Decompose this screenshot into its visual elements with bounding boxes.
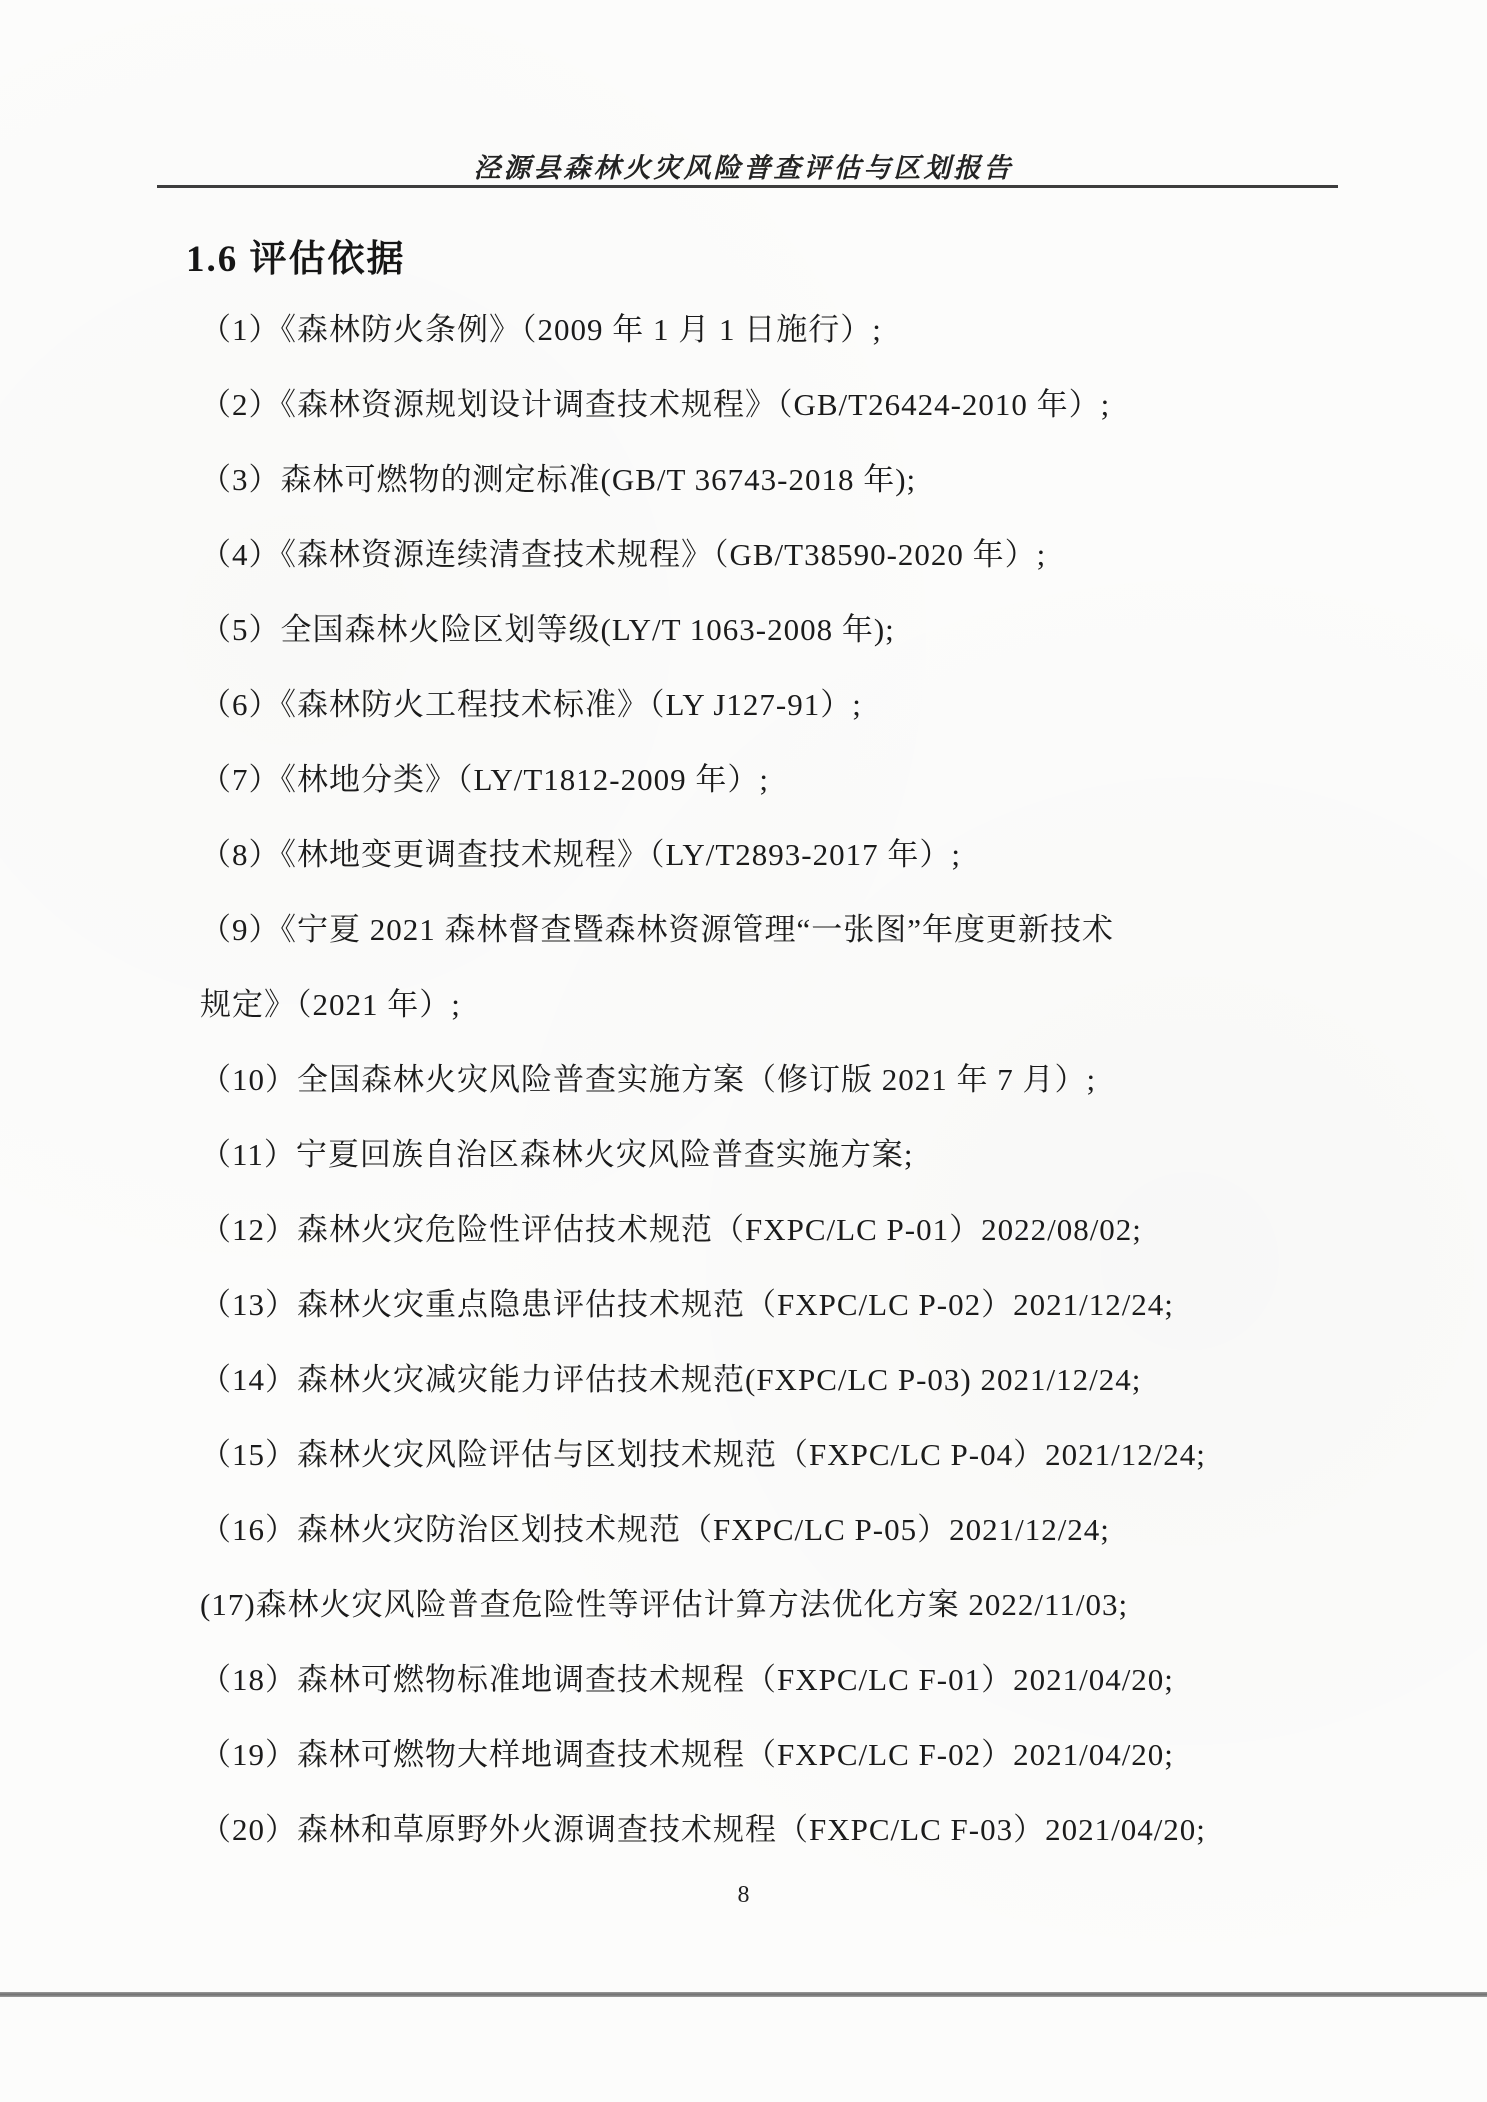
- list-line: （5）全国森林火险区划等级(LY/T 1063-2008 年);: [200, 592, 1350, 667]
- list-line: （3）森林可燃物的测定标准(GB/T 36743-2018 年);: [200, 442, 1350, 517]
- list-line: （1）《森林防火条例》（2009 年 1 月 1 日施行）;: [200, 292, 1350, 367]
- list-line: （11）宁夏回族自治区森林火灾风险普查实施方案;: [200, 1117, 1350, 1192]
- list-line: （6）《森林防火工程技术标准》（LY J127-91）;: [200, 667, 1350, 742]
- list-line: （16）森林火灾防治区划技术规范（FXPC/LC P-05）2021/12/24…: [200, 1492, 1350, 1567]
- page-header-title: 泾源县森林火灾风险普查评估与区划报告: [0, 146, 1487, 185]
- section-title: 1.6 评估依据: [186, 228, 406, 282]
- bottom-scan-edge: [0, 1992, 1487, 1997]
- list-line: （4）《森林资源连续清查技术规程》（GB/T38590-2020 年）;: [200, 517, 1350, 592]
- list-line: （2）《森林资源规划设计调查技术规程》（GB/T26424-2010 年）;: [200, 367, 1350, 442]
- list-line: （15）森林火灾风险评估与区划技术规范（FXPC/LC P-04）2021/12…: [200, 1417, 1350, 1492]
- list-line: （20）森林和草原野外火源调查技术规程（FXPC/LC F-03）2021/04…: [200, 1792, 1350, 1867]
- reference-list: （1）《森林防火条例》（2009 年 1 月 1 日施行）; （2）《森林资源规…: [200, 292, 1350, 1867]
- list-line: （18）森林可燃物标准地调查技术规程（FXPC/LC F-01）2021/04/…: [200, 1642, 1350, 1717]
- document-page: 泾源县森林火灾风险普查评估与区划报告 1.6 评估依据 （1）《森林防火条例》（…: [0, 0, 1487, 2102]
- list-line: （8）《林地变更调查技术规程》（LY/T2893-2017 年）;: [200, 817, 1350, 892]
- list-line: (17)森林火灾风险普查危险性等评估计算方法优化方案 2022/11/03;: [200, 1567, 1350, 1642]
- list-line: （13）森林火灾重点隐患评估技术规范（FXPC/LC P-02）2021/12/…: [200, 1267, 1350, 1342]
- list-line: （14）森林火灾减灾能力评估技术规范(FXPC/LC P-03) 2021/12…: [200, 1342, 1350, 1417]
- list-line: （10）全国森林火灾风险普查实施方案（修订版 2021 年 7 月）;: [200, 1042, 1350, 1117]
- list-line: （9）《宁夏 2021 森林督查暨森林资源管理“一张图”年度更新技术: [200, 892, 1350, 967]
- list-line: （7）《林地分类》（LY/T1812-2009 年）;: [200, 742, 1350, 817]
- page-number: 8: [0, 1882, 1487, 1909]
- header-divider: [157, 185, 1338, 188]
- list-line: （12）森林火灾危险性评估技术规范（FXPC/LC P-01）2022/08/0…: [200, 1192, 1350, 1267]
- list-line-continuation: 规定》（2021 年）;: [200, 967, 1350, 1042]
- list-line: （19）森林可燃物大样地调查技术规程（FXPC/LC F-02）2021/04/…: [200, 1717, 1350, 1792]
